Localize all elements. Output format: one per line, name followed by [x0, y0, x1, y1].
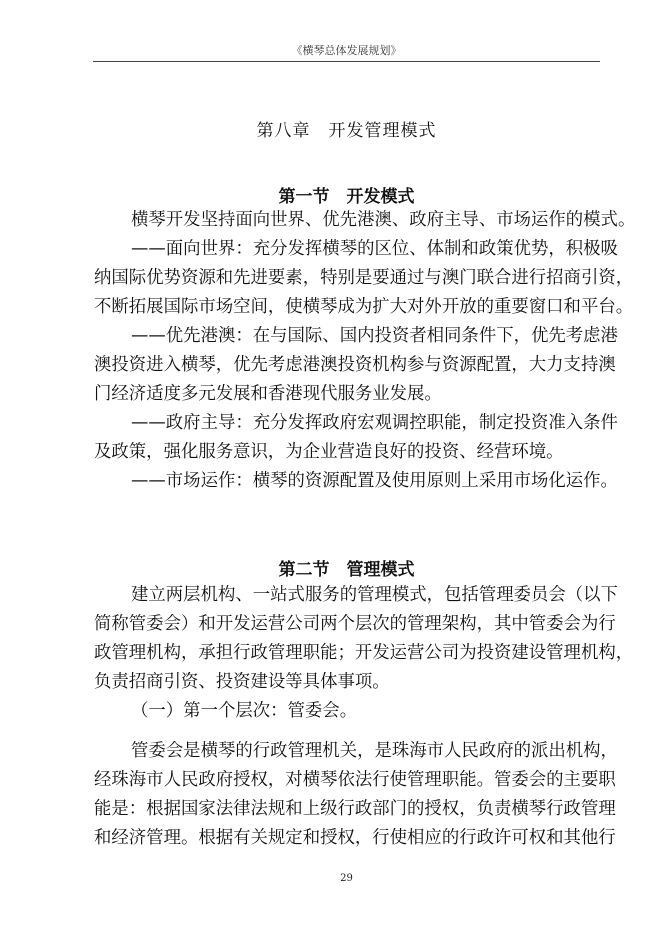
text-line: 澳投资进入横琴，优先考虑港澳投资机构参与资源配置，大力支持澳: [94, 351, 602, 380]
text-line: 纳国际优势资源和先进要素，特别是要通过与澳门联合进行招商引资，: [94, 264, 602, 293]
page-number: 29: [93, 873, 600, 884]
section-title: 第二节 管理模式: [93, 555, 600, 580]
text-line: 建立两层机构、一站式服务的管理模式，包括管理委员会（以下: [94, 581, 602, 610]
text-line: 能是：根据国家法律法规和上级行政部门的授权，负责横琴行政管理: [94, 795, 602, 824]
text-line: 及政策，强化服务意识，为企业营造良好的投资、经营环境。: [94, 438, 602, 467]
text-line: 不断拓展国际市场空间，使横琴成为扩大对外开放的重要窗口和平台。: [94, 293, 602, 322]
section-title: 第一节 开发模式: [93, 182, 600, 207]
text-line: ——政府主导：充分发挥政府宏观调控职能，制定投资准入条件: [94, 409, 602, 438]
section-body: 建立两层机构、一站式服务的管理模式，包括管理委员会（以下 简称管委会）和开发运营…: [94, 581, 602, 726]
text-line: ——市场运作：横琴的资源配置及使用原则上采用市场化运作。: [94, 467, 602, 496]
text-line: ——优先港澳：在与国际、国内投资者相同条件下，优先考虑港: [94, 322, 602, 351]
header-divider: [93, 61, 600, 62]
text-line: 负责招商引资、投资建设等具体事项。: [94, 668, 602, 697]
running-header: 《横琴总体发展规划》: [93, 42, 600, 58]
section-body: 横琴开发坚持面向世界、优先港澳、政府主导、市场运作的模式。 ——面向世界：充分发…: [94, 206, 602, 496]
text-line: 和经济管理。根据有关规定和授权，行使相应的行政许可权和其他行: [94, 824, 602, 853]
text-line: 经珠海市人民政府授权，对横琴依法行使管理职能。管委会的主要职: [94, 766, 602, 795]
text-line: 政管理机构，承担行政管理职能；开发运营公司为投资建设管理机构，: [94, 639, 602, 668]
text-line: 简称管委会）和开发运营公司两个层次的管理架构，其中管委会为行: [94, 610, 602, 639]
text-line: ——面向世界：充分发挥横琴的区位、体制和政策优势，积极吸: [94, 235, 602, 264]
chapter-title: 第八章 开发管理模式: [93, 116, 600, 141]
text-line: （一）第一个层次：管委会。: [94, 697, 602, 726]
text-line: 横琴开发坚持面向世界、优先港澳、政府主导、市场运作的模式。: [94, 206, 602, 235]
text-line: 管委会是横琴的行政管理机关，是珠海市人民政府的派出机构，: [94, 737, 602, 766]
section-body: 管委会是横琴的行政管理机关，是珠海市人民政府的派出机构， 经珠海市人民政府授权，…: [94, 737, 602, 853]
text-line: 门经济适度多元发展和香港现代服务业发展。: [94, 380, 602, 409]
